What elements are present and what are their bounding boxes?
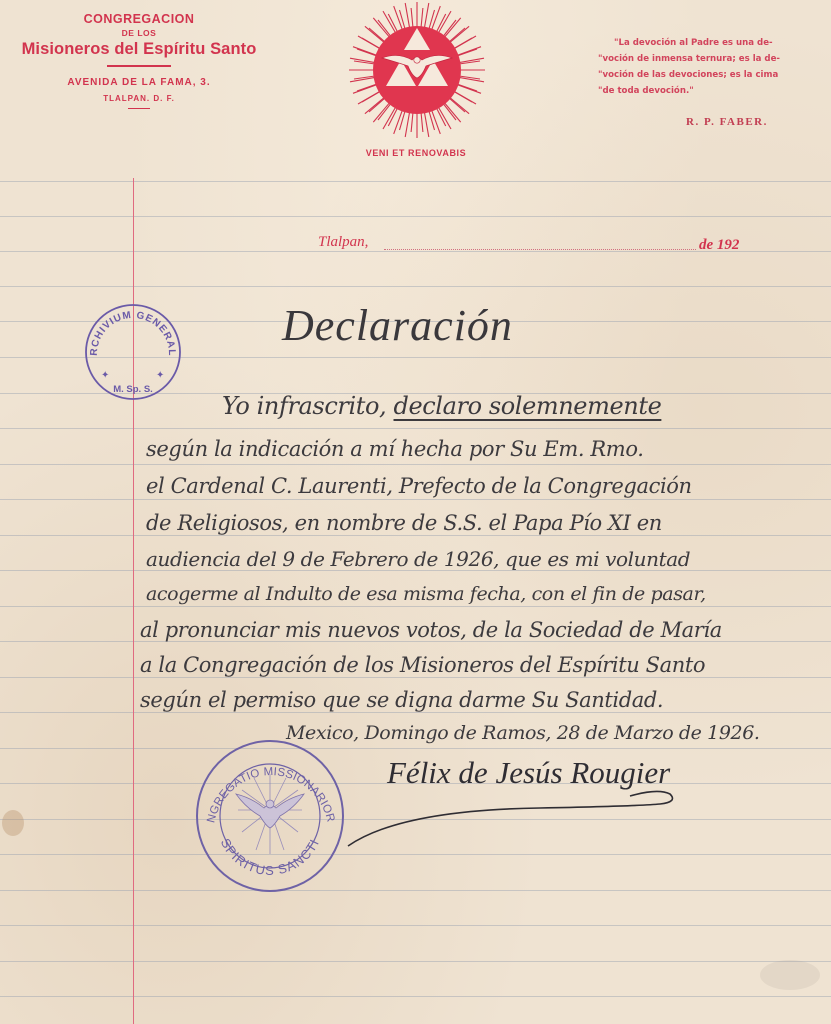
body-line: el Cardenal C. Laurenti, Prefecto de la … <box>146 474 692 498</box>
signature-flourish <box>340 790 680 860</box>
year-prefix: de 192 <box>699 237 739 254</box>
body-line-text: Yo infrascrito, <box>222 392 394 420</box>
letterhead-organization: CONGREGACION DE LOS Misioneros del Espír… <box>10 8 268 109</box>
age-stain <box>2 810 24 836</box>
body-line: de Religiosos, en nombre de S.S. el Papa… <box>146 511 662 535</box>
dove-rays-icon <box>236 774 304 854</box>
quote-line: "voción de inmensa ternura; es la de- <box>598 51 808 67</box>
dove-triangle-sunburst-icon <box>346 0 488 140</box>
letterhead-line1: CONGREGACION <box>10 12 268 26</box>
date-blank-dotted <box>384 249 696 250</box>
quote-line: "voción de las devociones; es la cima <box>598 67 808 83</box>
letterhead-address: AVENIDA DE LA FAMA, 3. <box>10 77 268 88</box>
body-line: Yo infrascrito, declaro solemnemente <box>222 392 661 420</box>
age-stain <box>760 960 820 990</box>
letterhead-name: Misioneros del Espíritu Santo <box>10 40 268 59</box>
star-icon: ✦ <box>156 370 164 381</box>
underlined-phrase: declaro solemnemente <box>394 392 662 420</box>
emblem-motto: VENI ET RENOVABIS <box>340 148 492 158</box>
archive-stamp-top-text: ARCHIVIUM GENERALE <box>83 302 177 357</box>
quote-line: "La devoción al Padre es una de- <box>598 35 808 51</box>
quote-author: R. P. FABER. <box>686 116 768 128</box>
dateline: Mexico, Domingo de Ramos, 28 de Marzo de… <box>286 722 760 744</box>
congregation-stamp: CONGREGATIO MISSIONARIORUM SPIRITUS SANC… <box>194 738 346 894</box>
archive-stamp-bottom-text: M. Sp. S. <box>113 384 153 395</box>
letterhead-quote: "La devoción al Padre es una de- "voción… <box>598 35 808 99</box>
body-line: según la indicación a mí hecha por Su Em… <box>146 437 643 461</box>
body-line: a la Congregación de los Misioneros del … <box>140 653 705 677</box>
body-line: audiencia del 9 de Febrero de 1926, que … <box>146 547 690 571</box>
document-title: Declaración <box>282 300 513 351</box>
archive-stamp: ARCHIVIUM GENERALE M. Sp. S. ✦ ✦ <box>83 302 183 402</box>
letterhead-divider-small <box>128 108 150 110</box>
body-line: según el permiso que se digna darme Su S… <box>140 688 663 712</box>
body-line: acogerme al Indulto de esa misma fecha, … <box>146 583 706 605</box>
letterhead-divider <box>107 65 171 67</box>
signature: Félix de Jesús Rougier <box>387 755 670 791</box>
letterhead-city: TLALPAN. D. F. <box>10 94 268 103</box>
place-name: Tlalpan, <box>318 234 368 251</box>
letterhead-line2: DE LOS <box>10 28 268 38</box>
quote-line: "de toda devoción." <box>598 83 808 99</box>
body-line: al pronunciar mis nuevos votos, de la So… <box>140 618 722 642</box>
svg-text:ARCHIVIUM GENERALE: ARCHIVIUM GENERALE <box>83 302 177 357</box>
star-icon: ✦ <box>101 370 109 381</box>
place-date-line: Tlalpan, de 192 <box>318 234 758 258</box>
